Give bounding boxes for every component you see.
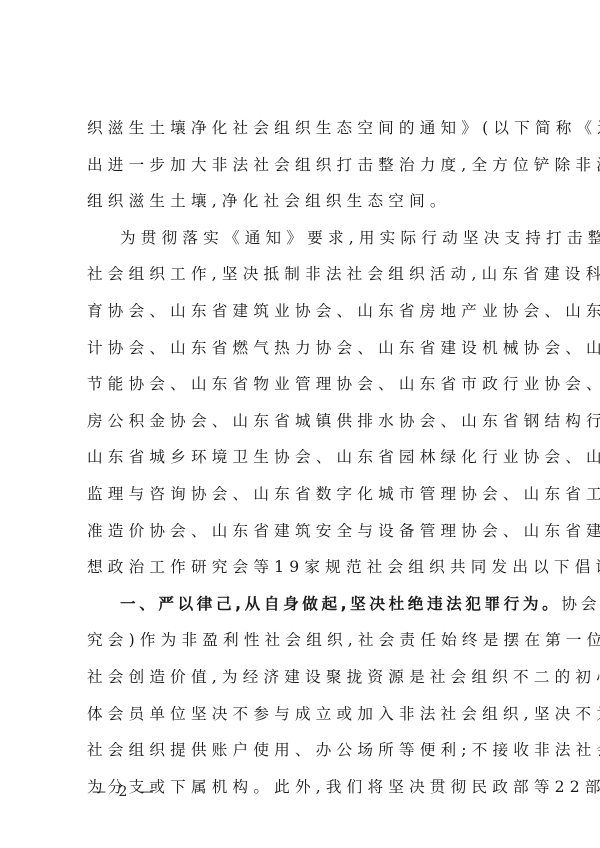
text-line: 社会组织提供账户使用、办公场所等便利;不接收非法社会组织作 (87, 732, 517, 769)
text-line: 织滋生土壤净化社会组织生态空间的通知》(以下简称《通知》),提 (87, 110, 517, 147)
text-line: 房公积金协会、山东省城镇供排水协会、山东省钢结构行业协会、 (87, 403, 517, 440)
text-line: 准造价协会、山东省建筑安全与设备管理协会、山东省建设系统思 (87, 513, 517, 550)
text-line: 社会组织工作,坚决抵制非法社会组织活动,山东省建设科技与教 (87, 256, 517, 293)
document-body: 织滋生土壤净化社会组织生态空间的通知》(以下简称《通知》),提 出进一步加大非法… (87, 110, 517, 805)
text-line: 监理与咨询协会、山东省数字化城市管理协会、山东省工程建设标 (87, 476, 517, 513)
text-line: 为贯彻落实《通知》要求,用实际行动坚决支持打击整治非法 (87, 220, 517, 257)
text-line: 组织滋生土壤,净化社会组织生态空间。 (87, 183, 517, 220)
section-heading: 一、严以律己,从自身做起,坚决杜绝违法犯罪行为。 (120, 595, 561, 613)
text-line: 体会员单位坚决不参与成立或加入非法社会组织,坚决不为非法 (87, 696, 517, 733)
text-line: 想政治工作研究会等19家规范社会组织共同发出以下倡议: (87, 549, 517, 586)
text-line: 山东省城乡环境卫生协会、山东省园林绿化行业协会、山东省建设 (87, 439, 517, 476)
document-page: 织滋生土壤净化社会组织生态空间的通知》(以下简称《通知》),提 出进一步加大非法… (0, 0, 600, 848)
paragraph-initiative-intro: 为贯彻落实《通知》要求,用实际行动坚决支持打击整治非法 社会组织工作,坚决抵制非… (87, 220, 517, 586)
page-number: — 2 — (92, 784, 158, 800)
text-line: 节能协会、山东省物业管理协会、山东省市政行业协会、山东省住 (87, 366, 517, 403)
section-heading-line: 一、严以律己,从自身做起,坚决杜绝违法犯罪行为。协会(研 (87, 586, 517, 623)
paragraph-point-one: 一、严以律己,从自身做起,坚决杜绝违法犯罪行为。协会(研 究会)作为非盈利性社会… (87, 586, 517, 806)
paragraph-continued: 织滋生土壤净化社会组织生态空间的通知》(以下简称《通知》),提 出进一步加大非法… (87, 110, 517, 220)
text-line: 计协会、山东省燃气热力协会、山东省建设机械协会、山东省建筑 (87, 330, 517, 367)
heading-tail-text: 协会(研 (561, 595, 600, 613)
text-line: 社会创造价值,为经济建设聚拢资源是社会组织不二的初心。全 (87, 659, 517, 696)
text-line: 育协会、山东省建筑业协会、山东省房地产业协会、山东省勘察设 (87, 293, 517, 330)
text-line: 究会)作为非盈利性社会组织,社会责任始终是摆在第一位的,为 (87, 622, 517, 659)
text-line: 出进一步加大非法社会组织打击整治力度,全方位铲除非法社会 (87, 147, 517, 184)
